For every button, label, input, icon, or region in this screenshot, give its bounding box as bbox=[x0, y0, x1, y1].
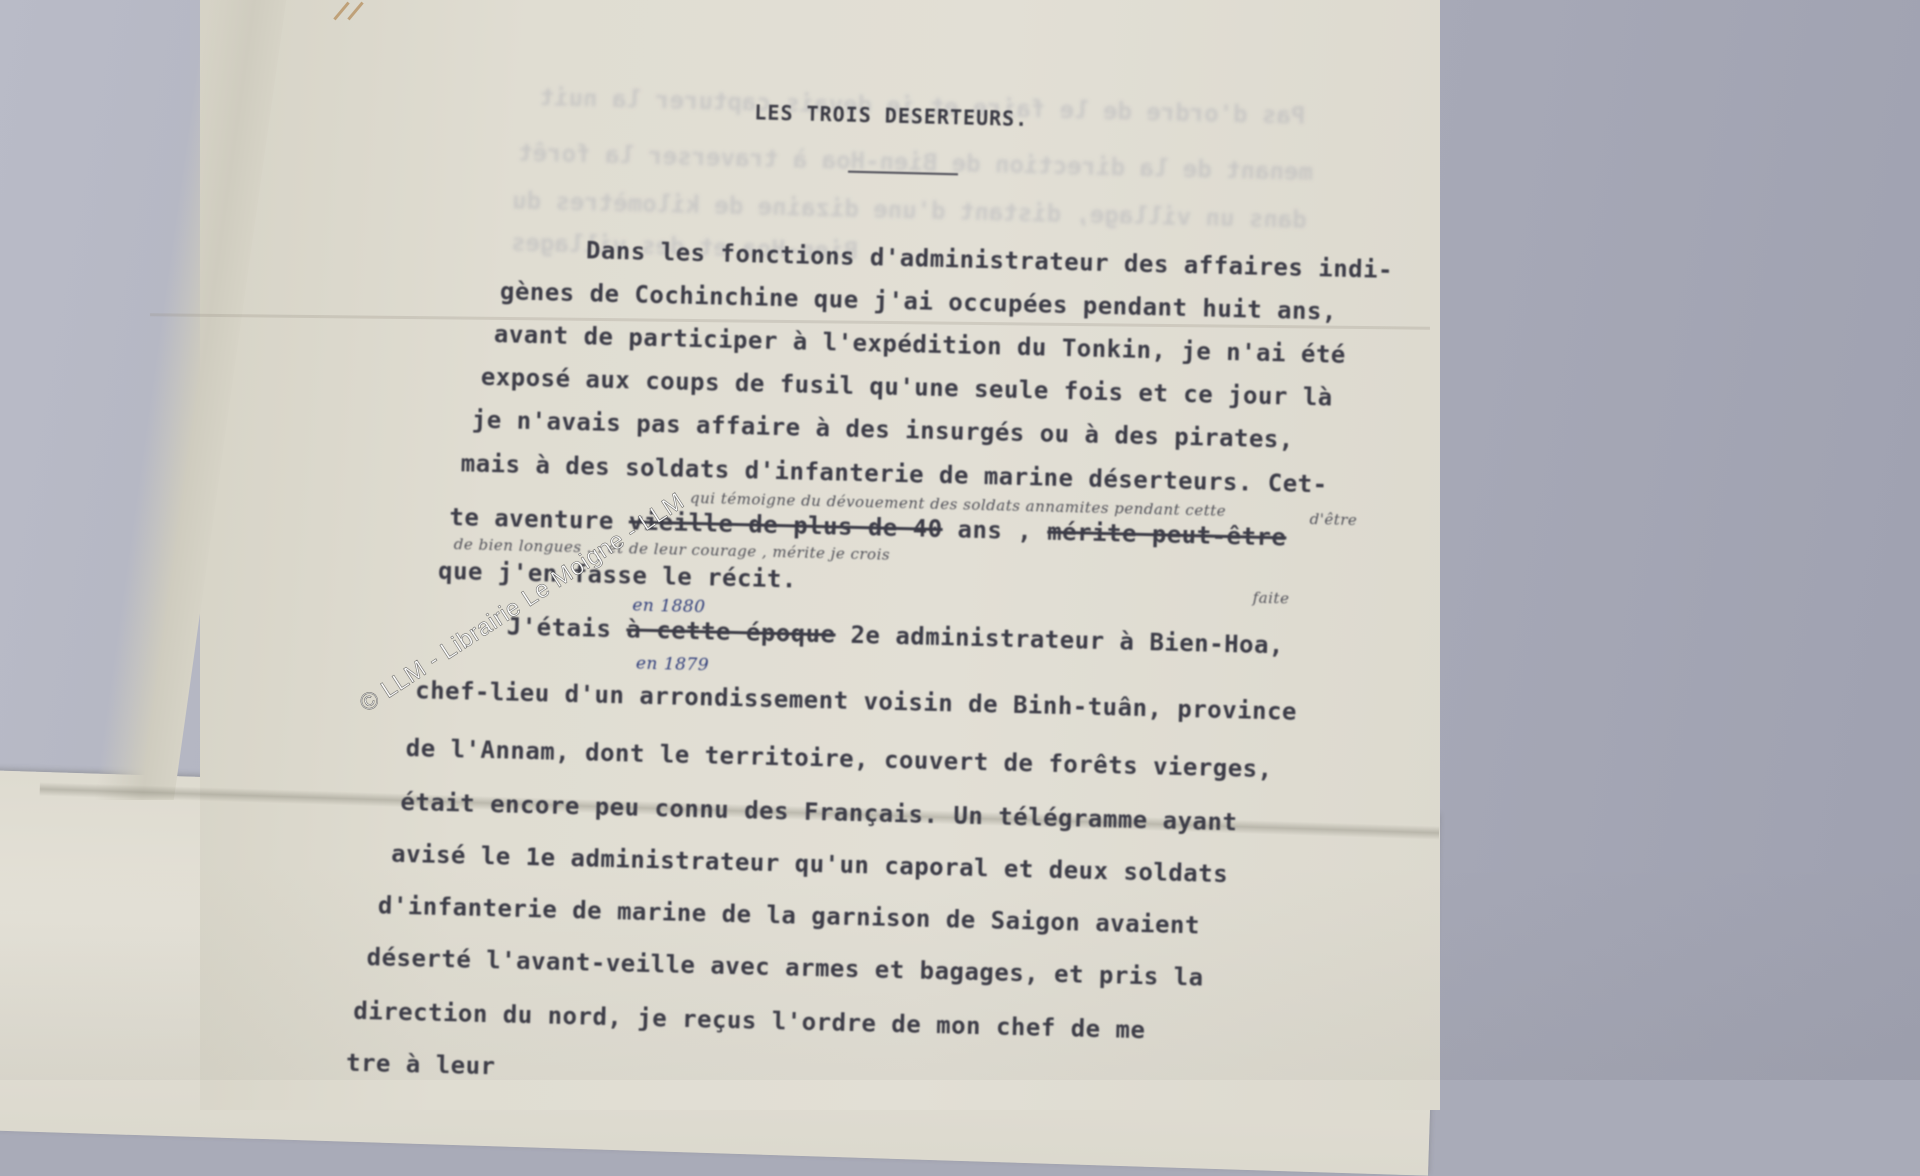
text-line: de l'Annam, dont le territoire, couvert … bbox=[405, 734, 1272, 783]
text-line: exposé aux coups de fusil qu'une seule f… bbox=[481, 363, 1334, 412]
text-segment: 2e administrateur à Bien-Hoa, bbox=[835, 620, 1284, 659]
text-line: je n'avais pas affaire à des insurgés ou… bbox=[471, 406, 1294, 454]
text-line: chef-lieu d'un arrondissement voisin de … bbox=[415, 676, 1297, 726]
shadow bbox=[0, 860, 1920, 1080]
photo-background: Pas d'ordre de le faire et je devais cap… bbox=[0, 0, 1920, 1080]
handwritten-annotation: d'être bbox=[1309, 510, 1357, 529]
text-line: avant de participer à l'expédition du To… bbox=[494, 320, 1347, 369]
bleed-through-line: menant de la direction de Bien-Hoa à tra… bbox=[518, 139, 1313, 186]
text-line: Dans les fonctions d'administrateur des … bbox=[586, 236, 1394, 284]
text-line-with-corrections: J'étais à cette époque 2e administrateur… bbox=[506, 612, 1284, 659]
handwritten-date: en 1880 bbox=[632, 595, 706, 617]
text-line: était encore peu connu des Français. Un … bbox=[400, 788, 1238, 836]
bleed-through-line: dans un village, distant d'une dizaine d… bbox=[512, 186, 1307, 233]
text-line: que j'en fasse le récit. bbox=[438, 557, 797, 594]
text-line: gènes de Cochinchine que j'ai occupées p… bbox=[500, 277, 1338, 325]
text-segment: ans , bbox=[942, 515, 1047, 546]
struck-text: à cette époque bbox=[626, 615, 836, 648]
handwritten-date: en 1879 bbox=[636, 654, 710, 676]
text-segment: te aventure bbox=[449, 503, 629, 535]
struck-text: mérite peut-être bbox=[1047, 518, 1287, 552]
handwritten-annotation: faite bbox=[1252, 589, 1289, 608]
text-line: mais à des soldats d'infanterie de marin… bbox=[460, 449, 1327, 498]
